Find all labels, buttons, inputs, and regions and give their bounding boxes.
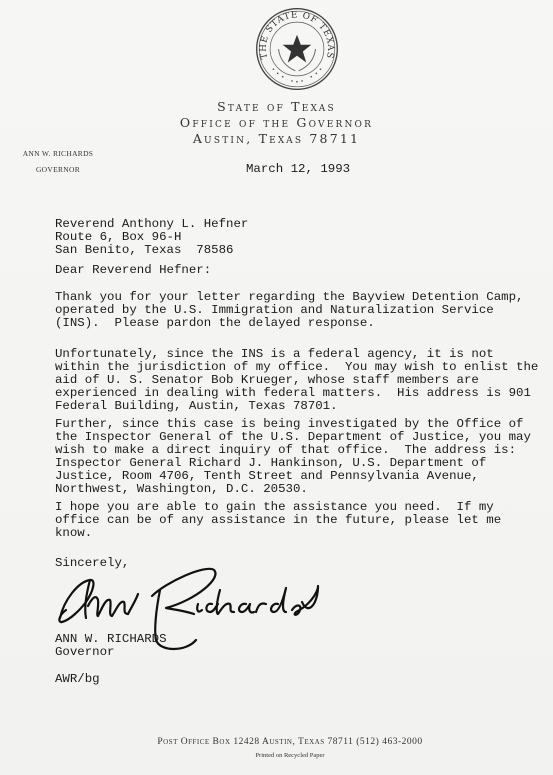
body-paragraph: Thank you for your letter regarding the … bbox=[55, 291, 523, 330]
letterhead-office: Office of the Governor bbox=[150, 115, 403, 131]
letterhead-state: State of Texas bbox=[150, 99, 403, 115]
texas-state-seal-icon: THE STATE OF TEXAS bbox=[255, 7, 339, 91]
body-paragraph: Unfortunately, since the INS is a federa… bbox=[55, 348, 538, 413]
body-paragraph: I hope you are able to gain the assistan… bbox=[55, 501, 501, 540]
body-paragraph: Further, since this case is being invest… bbox=[55, 418, 531, 496]
sender-block: Ann W. Richards Governor bbox=[8, 146, 108, 178]
recipient-address: Reverend Anthony L. Hefner Route 6, Box … bbox=[55, 218, 248, 257]
letterhead-city: Austin, Texas 78711 bbox=[150, 131, 403, 147]
typed-signature-title: Governor bbox=[55, 646, 115, 659]
reference-initials: AWR/bg bbox=[55, 673, 100, 686]
letter-date: March 12, 1993 bbox=[246, 163, 350, 176]
footer-recycled-note: Printed on Recycled Paper bbox=[150, 752, 430, 759]
letter-page: THE STATE OF TEXAS State of Texas Office… bbox=[0, 0, 553, 775]
sender-title: Governor bbox=[8, 162, 108, 178]
recipient-line: San Benito, Texas 78586 bbox=[55, 243, 233, 257]
recipient-line: Reverend Anthony L. Hefner bbox=[55, 217, 248, 231]
sender-name: Ann W. Richards bbox=[8, 146, 108, 162]
salutation: Dear Reverend Hefner: bbox=[55, 264, 211, 277]
recipient-line: Route 6, Box 96-H bbox=[55, 230, 181, 244]
footer-address: Post Office Box 12428 Austin, Texas 7871… bbox=[150, 737, 430, 747]
